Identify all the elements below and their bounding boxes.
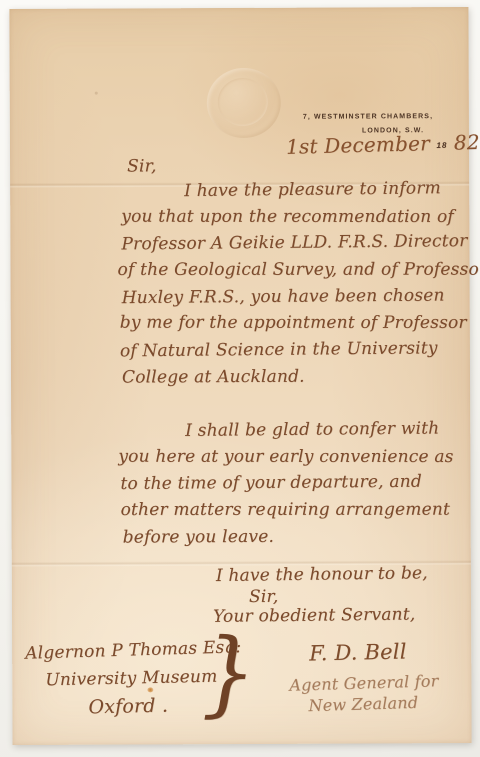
body-line: I have the pleasure to inform <box>184 178 441 201</box>
recipient-brace: } <box>201 619 256 727</box>
body-line: I shall be glad to confer with <box>185 418 439 440</box>
paper-speck <box>266 325 269 328</box>
body-line: you that upon the recommendation of <box>121 207 454 227</box>
recipient-line: University Museum <box>45 667 218 691</box>
recipient-line: Oxford . <box>88 695 168 719</box>
body-line: before you leave. <box>123 527 274 548</box>
date-day-month: 1st December <box>286 131 430 159</box>
body-line: Professor A Geikie LLD. F.R.S. Director <box>121 231 467 254</box>
signature-title-line1: Agent General for <box>289 671 439 695</box>
body-line: to the time of your departure, and <box>120 472 422 494</box>
closing-line: Sir, <box>249 587 279 607</box>
body-line: Huxley F.R.S., you have been chosen <box>122 286 445 309</box>
closing-line: I have the honour to be, <box>216 563 428 586</box>
paper-speck <box>95 92 98 95</box>
signature-title-line2: New Zealand <box>308 693 418 715</box>
body-line: by me for the appointment of Professor <box>120 313 467 333</box>
scanned-letter-screenshot: { "letterhead": { "address_line1": "7, W… <box>0 0 480 757</box>
letterhead-address-line1: 7, WESTMINSTER CHAMBERS, <box>303 113 433 121</box>
body-line: College at Auckland. <box>122 367 305 388</box>
salutation: Sir, <box>127 156 157 176</box>
letter-paper: 7, WESTMINSTER CHAMBERS, LONDON, S.W. 1s… <box>9 7 471 745</box>
date-year-written: 82 <box>454 130 480 155</box>
ink-stain-dot <box>147 687 153 692</box>
body-line: of the Geological Survey, and of Profess… <box>118 260 480 280</box>
embossed-seal <box>207 68 281 138</box>
date-year-printed: 18 <box>436 141 447 150</box>
signature-name: F. D. Bell <box>309 639 407 665</box>
handwritten-date: 1st December 18 82 <box>286 130 480 159</box>
embossed-seal-inner-ring <box>218 78 268 126</box>
body-line: of Natural Science in the University <box>120 338 438 361</box>
body-line: other matters requiring arrangement <box>121 500 450 520</box>
body-line: you here at your early convenience as <box>118 447 453 467</box>
